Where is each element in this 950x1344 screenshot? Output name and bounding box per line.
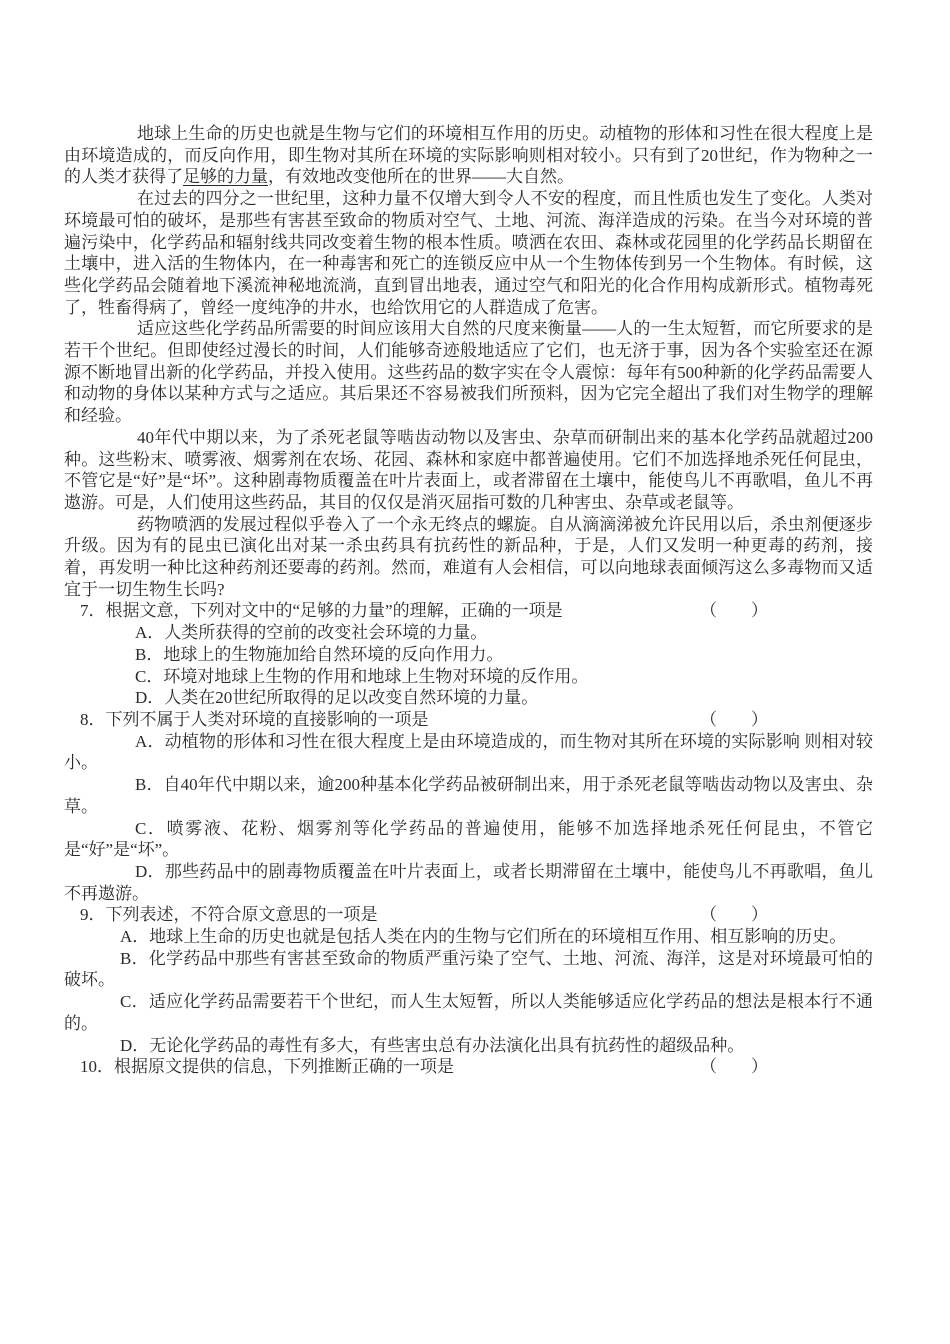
option-label: A．: [135, 732, 165, 751]
option-text: 地球上的生物施加给自然环境的反向作用力。: [163, 645, 503, 664]
option-label: B．: [120, 949, 149, 968]
question-number: 10．: [80, 1057, 114, 1076]
option-text: 人类在20世纪所取得的足以改变自然环境的力量。: [164, 688, 538, 707]
option-text: 适应化学药品需要若干个世纪，而人生太短暂，所以人类能够适应化学药品的想法是根本行…: [64, 992, 873, 1033]
question-8-option-a: A．动植物的形体和习性在很大程度上是由环境造成的，而生物对其所在环境的实际影响 …: [64, 731, 873, 774]
article-paragraph-4: 40年代中期以来，为了杀死老鼠等啮齿动物以及害虫、杂草而研制出来的基本化学药品就…: [64, 427, 873, 514]
question-8: 8．下列不属于人类对环境的直接影响的一项是（ ） A．动植物的形体和习性在很大程…: [64, 709, 873, 904]
option-label: B．: [135, 645, 163, 664]
option-label: C．: [120, 992, 149, 1011]
question-stem: 根据原文提供的信息，下列推断正确的一项是: [114, 1057, 454, 1076]
question-9-option-a: A．地球上生命的历史也就是包括人类在内的生物与它们所在的环境相互作用、相互影响的…: [64, 926, 873, 948]
question-stem: 下列不属于人类对环境的直接影响的一项是: [106, 710, 429, 729]
question-7: 7．根据文意，下列对文中的“足够的力量”的理解，正确的一项是（ ） A．人类所获…: [64, 600, 873, 709]
option-label: D．: [135, 688, 164, 707]
option-text: 自40年代中期以来，逾200种基本化学药品被研制出来，用于杀死老鼠等啮齿动物以及…: [64, 775, 873, 816]
question-10: 10．根据原文提供的信息，下列推断正确的一项是（ ）: [64, 1056, 873, 1078]
option-label: D．: [120, 1036, 149, 1055]
question-9-option-c: C．适应化学药品需要若干个世纪，而人生太短暂，所以人类能够适应化学药品的想法是根…: [64, 991, 873, 1034]
article-paragraph-1: 地球上生命的历史也就是生物与它们的环境相互作用的历史。动植物的形体和习性在很大程…: [64, 123, 873, 188]
option-text: 化学药品中那些有害甚至致命的物质严重污染了空气、土地、河流、海洋，这是对环境最可…: [64, 949, 873, 990]
question-stem: 下列表述，不符合原文意思的一项是: [106, 905, 378, 924]
question-number: 8．: [80, 710, 106, 729]
question-stem-line: 9．下列表述，不符合原文意思的一项是（ ）: [64, 904, 873, 926]
option-label: A．: [135, 623, 164, 642]
question-number: 9．: [80, 905, 106, 924]
question-7-option-c: C．环境对地球上生物的作用和地球上生物对环境的反作用。: [64, 666, 873, 688]
question-stem-line: 8．下列不属于人类对环境的直接影响的一项是（ ）: [64, 709, 873, 731]
question-8-option-c: C．喷雾液、花粉、烟雾剂等化学药品的普遍使用，能够不加选择地杀死任何昆虫，不管它…: [64, 818, 873, 861]
question-9-option-d: D．无论化学药品的毒性有多大，有些害虫总有办法演化出具有抗药性的超级品种。: [64, 1035, 873, 1057]
option-text: 那些药品中的剧毒物质覆盖在叶片表面上，或者长期滞留在土壤中，能使鸟儿不再歌唱，鱼…: [64, 862, 873, 903]
question-stem: 根据文意，下列对文中的“足够的力量”的理解，正确的一项是: [106, 601, 563, 620]
option-label: B．: [135, 775, 164, 794]
option-label: C．: [135, 819, 167, 838]
question-stem-line: 10．根据原文提供的信息，下列推断正确的一项是（ ）: [64, 1056, 873, 1078]
option-label: C．: [135, 667, 163, 686]
question-9: 9．下列表述，不符合原文意思的一项是（ ） A．地球上生命的历史也就是包括人类在…: [64, 904, 873, 1056]
article-paragraph-3: 适应这些化学药品所需要的时间应该用大自然的尺度来衡量——人的一生太短暂，而它所要…: [64, 318, 873, 427]
answer-bracket: （ ）: [700, 709, 768, 731]
option-text: 环境对地球上生物的作用和地球上生物对环境的反作用。: [163, 667, 588, 686]
option-text: 人类所获得的空前的改变社会环境的力量。: [164, 623, 487, 642]
option-text: 动植物的形体和习性在很大程度上是由环境造成的，而生物对其所在环境的实际影响 则相…: [64, 732, 873, 773]
option-text: 无论化学药品的毒性有多大，有些害虫总有办法演化出具有抗药性的超级品种。: [149, 1036, 744, 1055]
question-8-option-b: B．自40年代中期以来，逾200种基本化学药品被研制出来，用于杀死老鼠等啮齿动物…: [64, 774, 873, 817]
answer-bracket: （ ）: [700, 600, 768, 622]
paragraph-text: ，有效地改变他所在的世界——大自然。: [268, 167, 574, 186]
article-paragraph-2: 在过去的四分之一世纪里，这种力量不仅增大到令人不安的程度，而且性质也发生了变化。…: [64, 188, 873, 318]
underlined-phrase: 足够的力量: [183, 167, 268, 186]
exam-page: 地球上生命的历史也就是生物与它们的环境相互作用的历史。动植物的形体和习性在很大程…: [0, 0, 950, 1344]
question-8-option-d: D．那些药品中的剧毒物质覆盖在叶片表面上，或者长期滞留在土壤中，能使鸟儿不再歌唱…: [64, 861, 873, 904]
option-label: A．: [120, 927, 149, 946]
question-7-option-a: A．人类所获得的空前的改变社会环境的力量。: [64, 622, 873, 644]
question-7-option-d: D．人类在20世纪所取得的足以改变自然环境的力量。: [64, 687, 873, 709]
article-paragraph-5: 药物喷洒的发展过程似乎卷入了一个永无终点的螺旋。自从滴滴涕被允许民用以后，杀虫剂…: [64, 514, 873, 601]
option-text: 地球上生命的历史也就是包括人类在内的生物与它们所在的环境相互作用、相互影响的历史…: [149, 927, 846, 946]
question-number: 7．: [80, 601, 106, 620]
option-label: D．: [135, 862, 165, 881]
answer-bracket: （ ）: [700, 904, 768, 926]
question-7-option-b: B．地球上的生物施加给自然环境的反向作用力。: [64, 644, 873, 666]
answer-bracket: （ ）: [700, 1056, 768, 1078]
reading-comprehension-section: 地球上生命的历史也就是生物与它们的环境相互作用的历史。动植物的形体和习性在很大程…: [64, 123, 873, 1078]
option-text: 喷雾液、花粉、烟雾剂等化学药品的普遍使用，能够不加选择地杀死任何昆虫，不管它是“…: [64, 819, 873, 860]
question-9-option-b: B．化学药品中那些有害甚至致命的物质严重污染了空气、土地、河流、海洋，这是对环境…: [64, 948, 873, 991]
question-stem-line: 7．根据文意，下列对文中的“足够的力量”的理解，正确的一项是（ ）: [64, 600, 873, 622]
